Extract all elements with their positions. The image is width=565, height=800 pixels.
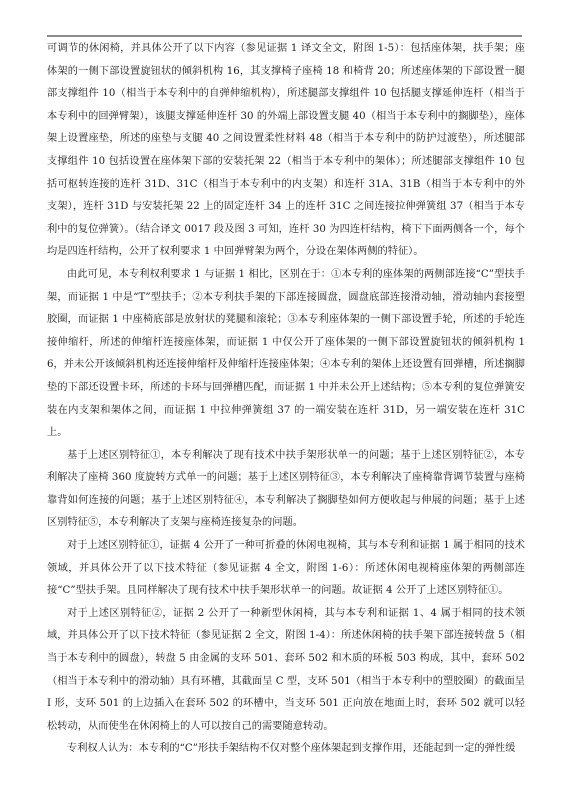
document-page: 可调节的休闲椅，并具体公开了以下内容（参见证据 1 译文全文，附图 1-5）：包… [0, 0, 565, 800]
paragraph-distinguishing-features: 由此可见，本专利权利要求 1 与证据 1 相比，区别在于：①本专利的座体架的两侧… [47, 264, 525, 445]
document-body: 可调节的休闲椅，并具体公开了以下内容（参见证据 1 译文全文，附图 1-5）：包… [47, 38, 525, 761]
header-rule [47, 35, 522, 37]
paragraph-problems-solved: 基于上述区别特征①，本专利解决了现有技术中扶手架形状单一的问题；基于上述区别特征… [47, 445, 525, 535]
paragraph-feature-2-evidence-2: 对于上述区别特征②，证据 2 公开了一种新型休闲椅，其与本专利和证据 1、4 属… [47, 603, 525, 739]
paragraph-patentee-argument: 专利权人认为：本专利的“C”形扶手架结构不仅对整个座体架起到支撑作用，还能起到一… [47, 738, 525, 761]
paragraph-evidence-1-disclosure: 可调节的休闲椅，并具体公开了以下内容（参见证据 1 译文全文，附图 1-5）：包… [47, 38, 525, 264]
paragraph-feature-1-evidence-4: 对于上述区别特征①，证据 4 公开了一种可折叠的休闲电视椅，其与本专利和证据 1… [47, 535, 525, 603]
